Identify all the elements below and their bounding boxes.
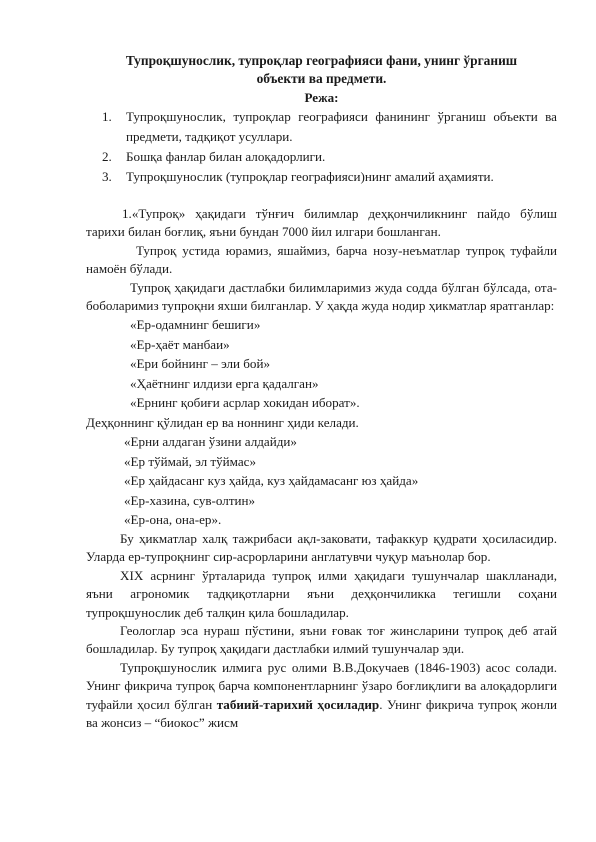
plan-item-number: 3. <box>102 167 112 187</box>
proverb: «Ер ҳайдасанг куз ҳайда, куз ҳайдамасанг… <box>86 471 557 491</box>
document-page: Тупроқшунослик, тупроқлар географияси фа… <box>86 52 557 732</box>
bold-term: табиий-тарихий ҳосиладир <box>217 697 380 712</box>
proverb: «Ерни алдаган ўзини алдайди» <box>86 432 557 452</box>
plan-heading: Режа: <box>86 88 557 107</box>
plan-item-text: Тупроқшунослик, тупроқлар географияси фа… <box>126 109 557 144</box>
plan-item-text: Бошқа фанлар билан алоқадорлиги. <box>126 149 325 164</box>
spacer <box>86 187 557 205</box>
plan-item: 3.Тупроқшунослик (тупроқлар географияси)… <box>86 167 557 187</box>
paragraph: Тупроқ ҳақидаги дастлабки билимларимиз ж… <box>86 279 557 316</box>
paragraph: 1.«Тупроқ» ҳақидаги тўнғич билимлар деҳқ… <box>86 205 557 242</box>
proverb: «Ер-хазина, сув-олтин» <box>86 491 557 511</box>
proverb-list: «Ер-одамнинг бешиги» «Ер-ҳаёт манбаи» «Е… <box>86 315 557 413</box>
proverb: «Ер-одамнинг бешиги» <box>86 315 557 335</box>
proverb: «Ернинг қобиғи асрлар хокидан иборат». <box>86 393 557 413</box>
proverb: Деҳқоннинг қўлидан ер ва ноннинг ҳиди ке… <box>86 413 557 433</box>
paragraph: Геологлар эса нураш пўстини, яъни ғовак … <box>86 622 557 659</box>
paragraph: Бу ҳикматлар халқ тажрибаси ақл-заковати… <box>86 530 557 567</box>
plan-item-text: Тупроқшунослик (тупроқлар географияси)ни… <box>126 169 494 184</box>
proverb: «Ер-ҳаёт манбаи» <box>86 335 557 355</box>
proverb: «Ери бойнинг – эли бой» <box>86 354 557 374</box>
plan-item: 1.Тупроқшунослик, тупроқлар географияси … <box>86 107 557 147</box>
proverb-list: «Ерни алдаган ўзини алдайди» «Ер тўймай,… <box>86 432 557 530</box>
paragraph: XIX асрнинг ўрталарида тупроқ илми ҳақид… <box>86 567 557 622</box>
proverb: «Ер-она, она-ер». <box>86 510 557 530</box>
plan-item: 2.Бошқа фанлар билан алоқадорлиги. <box>86 147 557 167</box>
proverb: «Ер тўймай, эл тўймас» <box>86 452 557 472</box>
paragraph: Тупроқшунослик илмига рус олими В.В.Доку… <box>86 659 557 733</box>
plan-item-number: 2. <box>102 147 112 167</box>
document-title: Тупроқшунослик, тупроқлар географияси фа… <box>86 52 557 88</box>
proverb: «Ҳаётнинг илдизи ерга қадалган» <box>86 374 557 394</box>
plan-item-number: 1. <box>102 107 112 127</box>
plan-list: 1.Тупроқшунослик, тупроқлар географияси … <box>86 107 557 187</box>
paragraph: Тупроқ устида юрамиз, яшаймиз, барча ноз… <box>86 242 557 279</box>
